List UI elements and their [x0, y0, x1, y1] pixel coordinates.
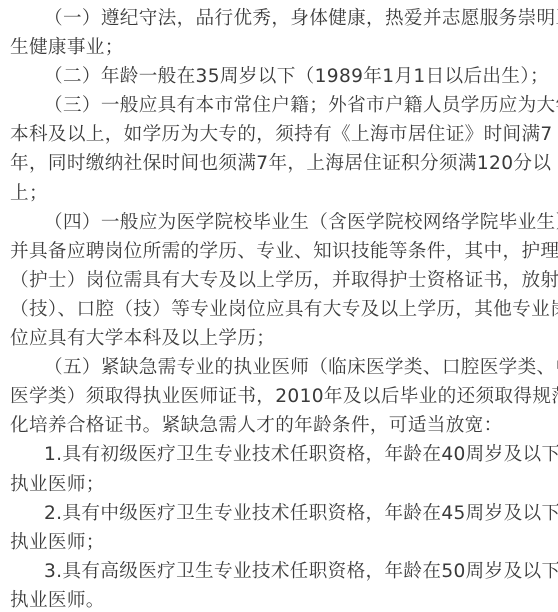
text-line: 本科及以上，如学历为大专的，须持有《上海市居住证》时间满7: [10, 120, 555, 149]
text-line: 年，同时缴纳社保时间也须满7年，上海居住证积分须满120分以: [10, 149, 555, 178]
text-line: （护士）岗位需具有大专及以上学历，并取得护士资格证书，放射: [10, 266, 555, 295]
paragraph-sub-item-1: 1.具有初级医疗卫生专业技术任职资格，年龄在40周岁及以下的 执业医师；: [10, 440, 555, 498]
text-line: 3.具有高级医疗卫生专业技术任职资格，年龄在50周岁及以下的: [10, 557, 555, 586]
text-line: 1.具有初级医疗卫生专业技术任职资格，年龄在40周岁及以下的: [10, 440, 555, 469]
text-line: 医学类）须取得执业医师证书，2010年及以后毕业的还须取得规范: [10, 382, 555, 411]
text-line: 生健康事业；: [10, 33, 555, 62]
text-line: （三）一般应具有本市常住户籍；外省市户籍人员学历应为大学: [10, 91, 555, 120]
paragraph-item-2: （二）年龄一般在35周岁以下（1989年1月1日以后出生）；: [10, 62, 555, 91]
text-line: （二）年龄一般在35周岁以下（1989年1月1日以后出生）；: [10, 62, 555, 91]
paragraph-item-1: （一）遵纪守法，品行优秀，身体健康，热爱并志愿服务崇明卫 生健康事业；: [10, 4, 555, 62]
paragraph-item-3: （三）一般应具有本市常住户籍；外省市户籍人员学历应为大学 本科及以上，如学历为大…: [10, 91, 555, 207]
text-line: 执业医师；: [10, 470, 555, 499]
text-line: 上；: [10, 179, 555, 208]
text-line: （五）紧缺急需专业的执业医师（临床医学类、口腔医学类、中: [10, 353, 555, 382]
text-line: 2.具有中级医疗卫生专业技术任职资格，年龄在45周岁及以下的: [10, 499, 555, 528]
document-body: （一）遵纪守法，品行优秀，身体健康，热爱并志愿服务崇明卫 生健康事业； （二）年…: [10, 4, 555, 612]
text-line: （技）、口腔（技）等专业岗位应具有大专及以上学历，其他专业岗: [10, 295, 555, 324]
paragraph-item-5: （五）紧缺急需专业的执业医师（临床医学类、口腔医学类、中 医学类）须取得执业医师…: [10, 353, 555, 440]
text-line: 化培养合格证书。紧缺急需人才的年龄条件，可适当放宽：: [10, 411, 555, 440]
paragraph-sub-item-2: 2.具有中级医疗卫生专业技术任职资格，年龄在45周岁及以下的 执业医师；: [10, 499, 555, 557]
text-line: 位应具有大学本科及以上学历；: [10, 324, 555, 353]
paragraph-sub-item-3: 3.具有高级医疗卫生专业技术任职资格，年龄在50周岁及以下的 执业医师。: [10, 557, 555, 612]
text-line: 执业医师；: [10, 528, 555, 557]
text-line: 并具备应聘岗位所需的学历、专业、知识技能等条件，其中，护理: [10, 237, 555, 266]
text-line: 执业医师。: [10, 586, 555, 612]
text-line: （一）遵纪守法，品行优秀，身体健康，热爱并志愿服务崇明卫: [10, 4, 555, 33]
paragraph-item-4: （四）一般应为医学院校毕业生（含医学院校网络学院毕业生）， 并具备应聘岗位所需的…: [10, 208, 555, 353]
text-line: （四）一般应为医学院校毕业生（含医学院校网络学院毕业生），: [10, 208, 555, 237]
